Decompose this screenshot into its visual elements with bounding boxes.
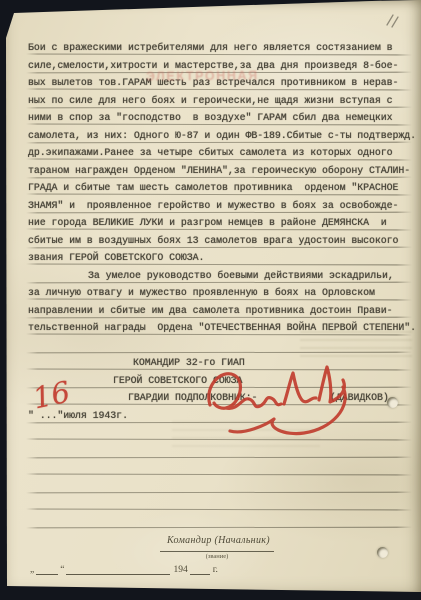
close-quote: “ bbox=[58, 565, 66, 575]
printed-date-blank: „ “ 194 г. bbox=[28, 564, 220, 575]
printed-commander-label: Командир (Начальник) bbox=[167, 535, 270, 546]
typed-line: ними в спор за "господство в воздухе" ГА… bbox=[28, 110, 393, 125]
pencil-mark bbox=[384, 12, 400, 30]
typed-line: ГРАДА и сбитые там шесть самолетов проти… bbox=[28, 180, 398, 195]
typed-line: тараном награжден Орденом "ЛЕНИНА",за ге… bbox=[28, 163, 410, 178]
typed-line: звания ГЕРОЙ СОВЕТСКОГО СОЮЗА. bbox=[28, 250, 204, 265]
punch-hole bbox=[387, 397, 398, 408]
typed-line: ных по силе для него боях и героически,н… bbox=[28, 93, 393, 108]
year-prefix: 194 bbox=[170, 565, 189, 575]
punch-hole bbox=[377, 547, 388, 558]
open-quote: „ bbox=[28, 565, 36, 575]
year-blank bbox=[190, 564, 210, 575]
scanned-document: Бои с вражескими истребителями для него … bbox=[0, 0, 421, 600]
typed-line: др.экипажами.Ранее за четыре сбитых само… bbox=[28, 145, 393, 160]
typed-line: сбитые им в воздушных боях 13 самолетов … bbox=[28, 233, 398, 248]
faded-stamp: ЭЛЕКТРОННАЯ bbox=[146, 68, 286, 83]
typed-line: ние города ВЕЛИКИЕ ЛУКИ и разгром немцев… bbox=[28, 215, 387, 230]
month-blank bbox=[66, 564, 170, 575]
ruled-line bbox=[26, 491, 412, 493]
typed-line: тельственной награды Ордена "ОТЕЧЕСТВЕНН… bbox=[28, 320, 416, 335]
document-page: Бои с вражескими истребителями для него … bbox=[0, 0, 421, 600]
ruled-line bbox=[26, 526, 412, 528]
year-suffix: г. bbox=[210, 565, 220, 575]
typed-line: самолета, из них: Одного Ю-87 и один ФВ-… bbox=[28, 128, 416, 143]
handwritten-signature bbox=[196, 347, 366, 442]
typed-line: за личную отвагу и мужество проявленную … bbox=[28, 285, 375, 300]
typed-line: Бои с вражескими истребителями для него … bbox=[28, 40, 393, 55]
ruled-line bbox=[26, 474, 412, 476]
typed-line: направлении и сбитые им два самолета про… bbox=[28, 303, 393, 318]
day-blank bbox=[36, 564, 58, 575]
rank-blank-line bbox=[160, 551, 274, 552]
typed-line: ЗНАМЯ" и проявленное геройство и мужеств… bbox=[28, 198, 398, 213]
rank-hint-label: (звание) bbox=[160, 553, 274, 560]
ruled-line bbox=[26, 456, 412, 458]
ruled-line bbox=[26, 509, 412, 511]
typed-line: За умелое руководство боевыми действиями… bbox=[88, 268, 394, 283]
